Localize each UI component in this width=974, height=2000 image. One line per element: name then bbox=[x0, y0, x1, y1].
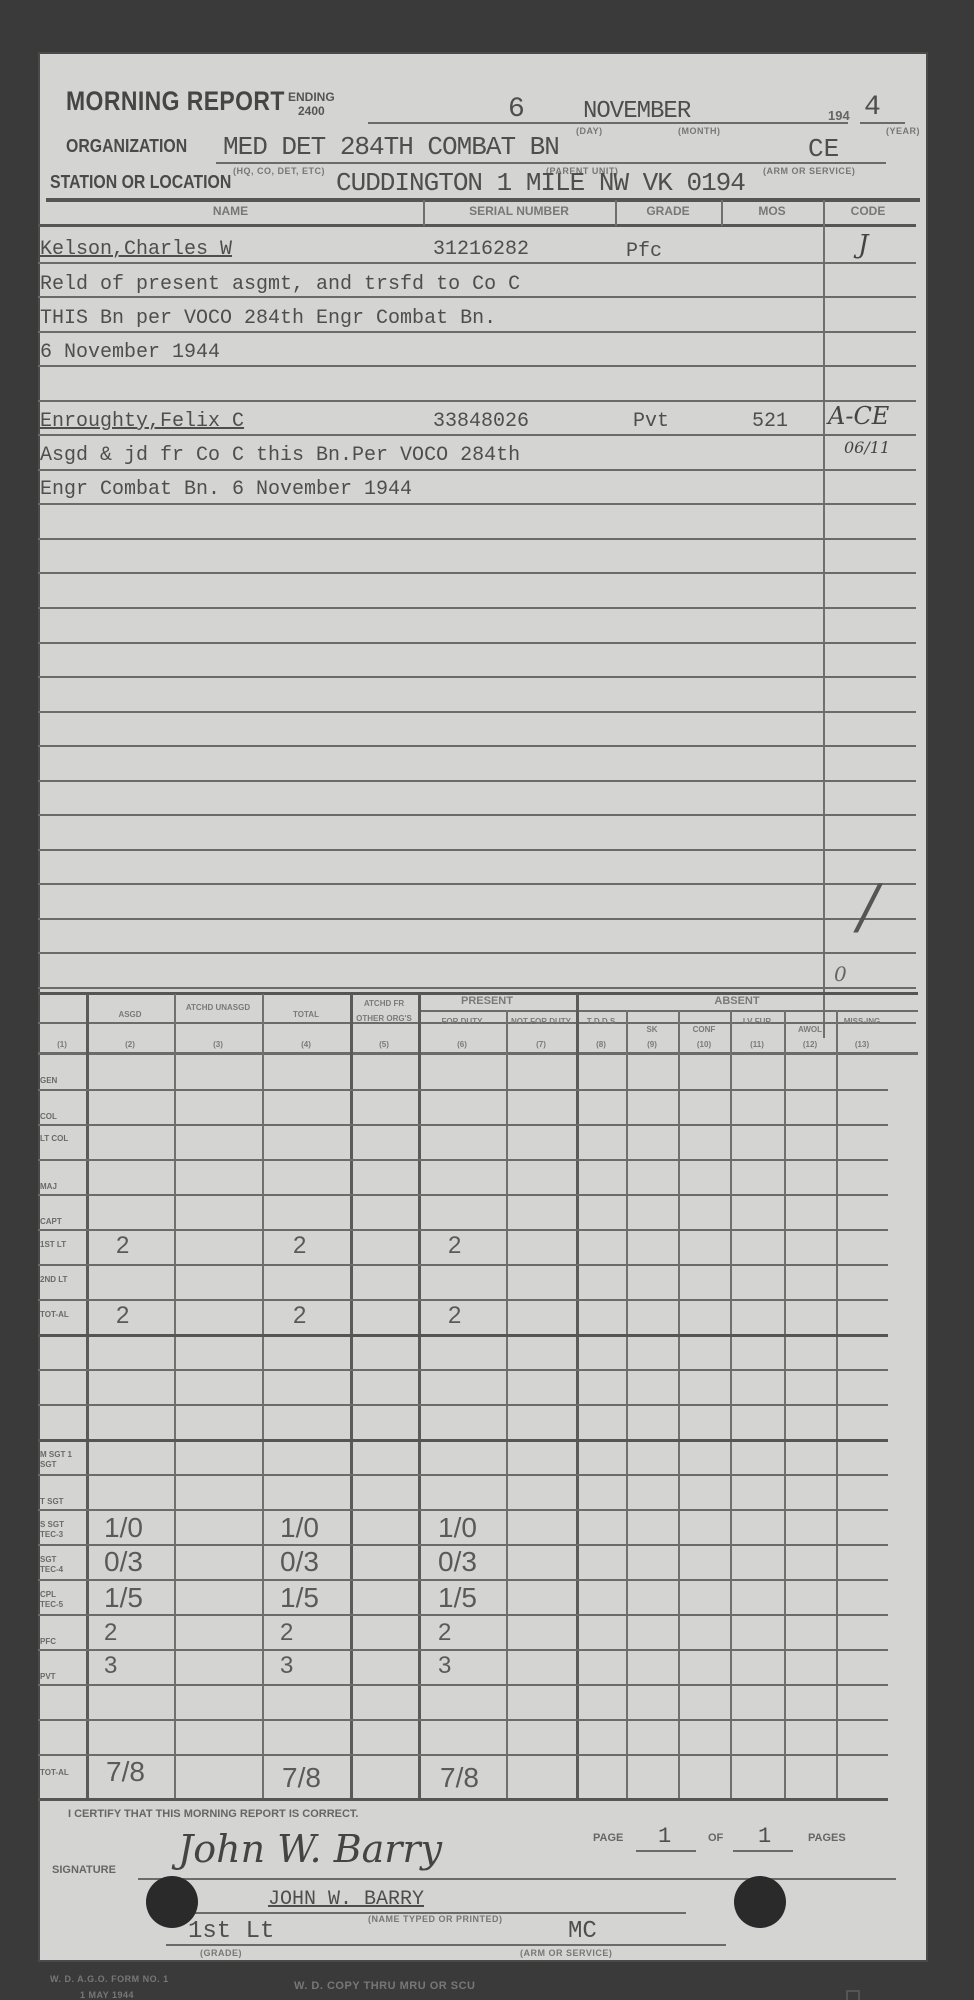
cell-sgt-asgd: 0/3 bbox=[104, 1546, 143, 1578]
roster-divider bbox=[721, 200, 723, 226]
grid-vline bbox=[350, 994, 353, 1800]
row-label-sgt: SGT TEC-4 bbox=[40, 1555, 70, 1575]
ending-text: ENDING bbox=[288, 90, 335, 104]
arm-service-value: CE bbox=[808, 134, 839, 164]
page-number: 1 bbox=[658, 1824, 671, 1849]
ruled-line bbox=[38, 503, 916, 505]
grid-col-7-num: (7) bbox=[506, 1037, 576, 1052]
pages-label: PAGES bbox=[808, 1832, 846, 1844]
ruled-line bbox=[38, 331, 916, 333]
grid-col-9: SK bbox=[626, 1022, 678, 1037]
grid-col-5-num: (5) bbox=[350, 1037, 418, 1052]
grid-col-6-num: (6) bbox=[418, 1037, 506, 1052]
cell-ssgt-asgd: 1/0 bbox=[104, 1512, 143, 1544]
grid-hline bbox=[38, 1684, 888, 1686]
ruled-line bbox=[38, 296, 916, 298]
entry-code: J bbox=[858, 230, 868, 260]
grid-hline bbox=[38, 1404, 888, 1406]
ending-time: 2400 bbox=[288, 104, 335, 118]
signature-underline bbox=[138, 1878, 896, 1880]
grid-vline bbox=[418, 994, 421, 1800]
grid-col-11: LV FUR bbox=[730, 1014, 784, 1029]
cell-totenl-for-duty: 7/8 bbox=[440, 1762, 479, 1794]
row-label-capt: CAPT bbox=[40, 1217, 62, 1227]
grid-hline bbox=[38, 1719, 888, 1721]
month-caption: (MONTH) bbox=[678, 126, 721, 136]
grid-col-1-num: (1) bbox=[38, 1037, 86, 1052]
punch-hole-left bbox=[146, 1876, 198, 1928]
ruled-line bbox=[38, 745, 916, 747]
grade-underline bbox=[166, 1944, 726, 1946]
grid-col-10-num: (10) bbox=[678, 1037, 730, 1052]
ruled-line bbox=[38, 883, 916, 885]
signature: John W. Barry bbox=[178, 1827, 442, 1871]
grid-col-8: T D D S bbox=[576, 1014, 626, 1029]
group-absent: ABSENT bbox=[556, 994, 918, 1009]
group-present: PRESENT bbox=[418, 994, 556, 1009]
entry-remark: Engr Combat Bn. 6 November 1944 bbox=[40, 478, 412, 501]
cell-totoff-for-duty: 2 bbox=[448, 1302, 461, 1330]
page-total-underline bbox=[733, 1850, 793, 1852]
ruled-line bbox=[38, 400, 916, 402]
page-total: 1 bbox=[758, 1824, 771, 1849]
entry-serial: 31216282 bbox=[433, 238, 529, 261]
officer-grade: 1st Lt bbox=[188, 1918, 274, 1945]
cell-pvt-for-duty: 3 bbox=[438, 1652, 451, 1680]
arm-service-caption: (ARM OR SERVICE) bbox=[520, 1948, 612, 1958]
report-day: 6 bbox=[508, 94, 525, 125]
roster-divider bbox=[423, 200, 425, 226]
grid-col-4: TOTAL bbox=[262, 1007, 350, 1022]
grid-col-3: ATCHD UNASGD bbox=[174, 1000, 262, 1015]
grid-col-12: AWOL bbox=[784, 1022, 836, 1037]
cell-pfc-asgd: 2 bbox=[104, 1619, 117, 1647]
row-label-cpl: CPL TEC-5 bbox=[40, 1590, 70, 1610]
col-grade: GRADE bbox=[615, 204, 721, 218]
entry-remark: THIS Bn per VOCO 284th Engr Combat Bn. bbox=[40, 307, 496, 330]
grid-hline bbox=[38, 1369, 888, 1371]
cell-pfc-total: 2 bbox=[280, 1619, 293, 1647]
grid-col-5: ATCHD FR OTHER ORG'S bbox=[350, 996, 418, 1026]
cell-cpl-asgd: 1/5 bbox=[104, 1582, 143, 1614]
cell-totoff-total: 2 bbox=[293, 1302, 306, 1330]
code-column-divider bbox=[823, 200, 825, 1038]
group-rule bbox=[418, 1010, 918, 1012]
ruled-line bbox=[38, 262, 916, 264]
organization-underline bbox=[216, 162, 886, 164]
grid-hline bbox=[38, 1159, 888, 1161]
year-prefix: 194 bbox=[828, 108, 850, 123]
ruled-line bbox=[38, 952, 916, 954]
grid-hline bbox=[38, 1299, 888, 1301]
grid-vline bbox=[86, 994, 89, 1800]
cell-pvt-total: 3 bbox=[280, 1652, 293, 1680]
station-label: STATION OR LOCATION bbox=[50, 172, 231, 193]
row-label-ssgt: S SGT TEC-3 bbox=[40, 1520, 74, 1540]
cell-1stlt-asgd: 2 bbox=[116, 1232, 129, 1260]
morning-report-form: MORNING REPORT ENDING 2400 6 NOVEMBER 19… bbox=[38, 52, 928, 1962]
margin-mark: 0 bbox=[834, 962, 847, 986]
grid-col-7: NOT FOR DUTY bbox=[506, 1014, 576, 1029]
entry-serial: 33848026 bbox=[433, 410, 529, 433]
entry-code: A-CE bbox=[828, 402, 889, 430]
cell-sgt-for-duty: 0/3 bbox=[438, 1546, 477, 1578]
cell-1stlt-for-duty: 2 bbox=[448, 1232, 461, 1260]
form-date: 1 MAY 1944 bbox=[80, 1990, 134, 2000]
row-label-lt-col: LT COL bbox=[40, 1134, 70, 1144]
entry-code-note: 06/11 bbox=[844, 438, 890, 457]
cell-totenl-asgd: 7/8 bbox=[106, 1756, 145, 1788]
cell-ssgt-total: 1/0 bbox=[280, 1512, 319, 1544]
entry-grade: Pfc bbox=[626, 240, 662, 263]
entry-remark: Asgd & jd fr Co C this Bn.Per VOCO 284th bbox=[40, 444, 520, 467]
ruled-line bbox=[38, 918, 916, 920]
org-caption: (HQ, CO, DET, ETC) bbox=[233, 166, 325, 176]
year-suffix: 4 bbox=[864, 92, 881, 123]
ruled-line bbox=[38, 572, 916, 574]
row-label-pfc: PFC bbox=[40, 1637, 56, 1647]
copy-note: W. D. COPY THRU MRU OR SCU bbox=[294, 1980, 475, 1992]
ending-label: ENDING 2400 bbox=[288, 90, 335, 118]
cell-cpl-for-duty: 1/5 bbox=[438, 1582, 477, 1614]
row-label-1st-lt: 1ST LT bbox=[40, 1240, 70, 1250]
grid-col-12-num: (12) bbox=[784, 1037, 836, 1052]
cell-cpl-total: 1/5 bbox=[280, 1582, 319, 1614]
ruled-line bbox=[38, 814, 916, 816]
arm-caption: (ARM OR SERVICE) bbox=[763, 166, 855, 176]
grid-col-8-num: (8) bbox=[576, 1037, 626, 1052]
row-label-tsgt: T SGT bbox=[40, 1497, 64, 1507]
grid-hline bbox=[38, 1649, 888, 1651]
ruled-line bbox=[38, 607, 916, 609]
grid-col-13-num: (13) bbox=[836, 1037, 888, 1052]
grid-hline bbox=[38, 1439, 888, 1442]
form-title: MORNING REPORT bbox=[66, 86, 285, 117]
organization-value: MED DET 284TH COMBAT BN bbox=[223, 132, 559, 162]
of-label: OF bbox=[708, 1832, 723, 1844]
grid-vline bbox=[576, 994, 579, 1800]
ruled-line bbox=[38, 711, 916, 713]
grid-col-2: ASGD bbox=[86, 1007, 174, 1022]
page-label: PAGE bbox=[593, 1832, 623, 1844]
row-label-total-enlisted: TOT-AL bbox=[40, 1768, 70, 1778]
organization-label: ORGANIZATION bbox=[66, 136, 187, 157]
row-label-2nd-lt: 2ND LT bbox=[40, 1275, 70, 1285]
grid-col-9-num: (9) bbox=[626, 1037, 678, 1052]
ruled-line bbox=[38, 642, 916, 644]
roster-divider bbox=[615, 200, 617, 226]
col-code: CODE bbox=[823, 204, 913, 218]
cell-pvt-asgd: 3 bbox=[104, 1652, 117, 1680]
grid-hline bbox=[38, 1194, 888, 1196]
grid-col-4-num: (4) bbox=[262, 1037, 350, 1052]
grid-col-3-num: (3) bbox=[174, 1037, 262, 1052]
grid-hline bbox=[38, 1614, 888, 1616]
row-label-pvt: PVT bbox=[40, 1672, 56, 1682]
col-mos: MOS bbox=[721, 204, 823, 218]
grid-hline bbox=[38, 1334, 888, 1337]
grid-col-2-num: (2) bbox=[86, 1037, 174, 1052]
row-label-col: COL bbox=[40, 1112, 57, 1122]
cell-totenl-total: 7/8 bbox=[282, 1762, 321, 1794]
row-label-total-officers: TOT-AL bbox=[40, 1310, 70, 1320]
form-id: W. D. A.G.O. FORM NO. 1 bbox=[50, 1974, 169, 1984]
grid-hline bbox=[38, 1124, 888, 1126]
cell-ssgt-for-duty: 1/0 bbox=[438, 1512, 477, 1544]
punch-hole-right bbox=[734, 1876, 786, 1928]
day-caption: (DAY) bbox=[576, 126, 603, 136]
grade-caption: (GRADE) bbox=[200, 1948, 242, 1958]
entry-mos: 521 bbox=[752, 410, 788, 433]
report-month: NOVEMBER bbox=[583, 98, 690, 125]
officer-arm: MC bbox=[568, 1918, 597, 1945]
entry-name: Enroughty,Felix C bbox=[40, 410, 244, 433]
grid-hline bbox=[38, 1754, 888, 1756]
page-underline bbox=[636, 1850, 696, 1852]
col-serial: SERIAL NUMBER bbox=[423, 204, 615, 218]
row-label-maj: MAJ bbox=[40, 1182, 57, 1192]
grid-hline bbox=[38, 1229, 888, 1231]
grid-hline bbox=[38, 1089, 888, 1091]
ruled-line bbox=[38, 538, 916, 540]
ruled-line bbox=[38, 780, 916, 782]
signature-label: SIGNATURE bbox=[52, 1864, 116, 1876]
ruled-line bbox=[38, 469, 916, 471]
ruled-line bbox=[38, 434, 916, 436]
grid-hline bbox=[38, 1579, 888, 1581]
grid-hline bbox=[38, 1509, 888, 1511]
grid-col-13: MISS-ING bbox=[836, 1014, 888, 1029]
entry-grade: Pvt bbox=[633, 410, 669, 433]
grid-hline bbox=[38, 1264, 888, 1266]
certify-statement: I CERTIFY THAT THIS MORNING REPORT IS CO… bbox=[68, 1808, 359, 1820]
row-label-gen: GEN bbox=[40, 1076, 57, 1086]
grid-hline bbox=[38, 1474, 888, 1476]
entry-name: Kelson,Charles W bbox=[40, 238, 232, 261]
ruled-line bbox=[38, 849, 916, 851]
cell-pfc-for-duty: 2 bbox=[438, 1619, 451, 1647]
station-value: CUDDINGTON 1 MILE NW VK 0194 bbox=[336, 168, 745, 198]
cell-totoff-asgd: 2 bbox=[116, 1302, 129, 1330]
col-name: NAME bbox=[38, 204, 423, 218]
entry-remark: Reld of present asgmt, and trsfd to Co C bbox=[40, 273, 520, 296]
cell-1stlt-total: 2 bbox=[293, 1232, 306, 1260]
grid-vline bbox=[262, 994, 264, 1800]
ruled-line bbox=[38, 676, 916, 678]
typed-name: JOHN W. BARRY bbox=[268, 1888, 424, 1911]
grid-col-10: CONF bbox=[678, 1022, 730, 1037]
margin-mark: / bbox=[858, 872, 878, 942]
grid-bottom-rule bbox=[38, 1798, 888, 1801]
ruled-line bbox=[38, 365, 916, 367]
grid-header-rule bbox=[38, 1052, 918, 1055]
header-rule bbox=[46, 198, 920, 202]
typed-name-caption: (NAME TYPED OR PRINTED) bbox=[368, 1914, 503, 1924]
roster-header-rule bbox=[38, 224, 916, 227]
grid-vline bbox=[174, 994, 176, 1800]
grid-col-6: FOR DUTY bbox=[418, 1014, 506, 1029]
grid-col-11-num: (11) bbox=[730, 1037, 784, 1052]
row-label-msgt: M SGT 1 SGT bbox=[40, 1450, 74, 1470]
year-caption: (YEAR) bbox=[886, 126, 920, 136]
cell-sgt-total: 0/3 bbox=[280, 1546, 319, 1578]
entry-remark: 6 November 1944 bbox=[40, 341, 220, 364]
checkbox-mark bbox=[846, 1990, 860, 2000]
ruled-line bbox=[38, 987, 916, 989]
